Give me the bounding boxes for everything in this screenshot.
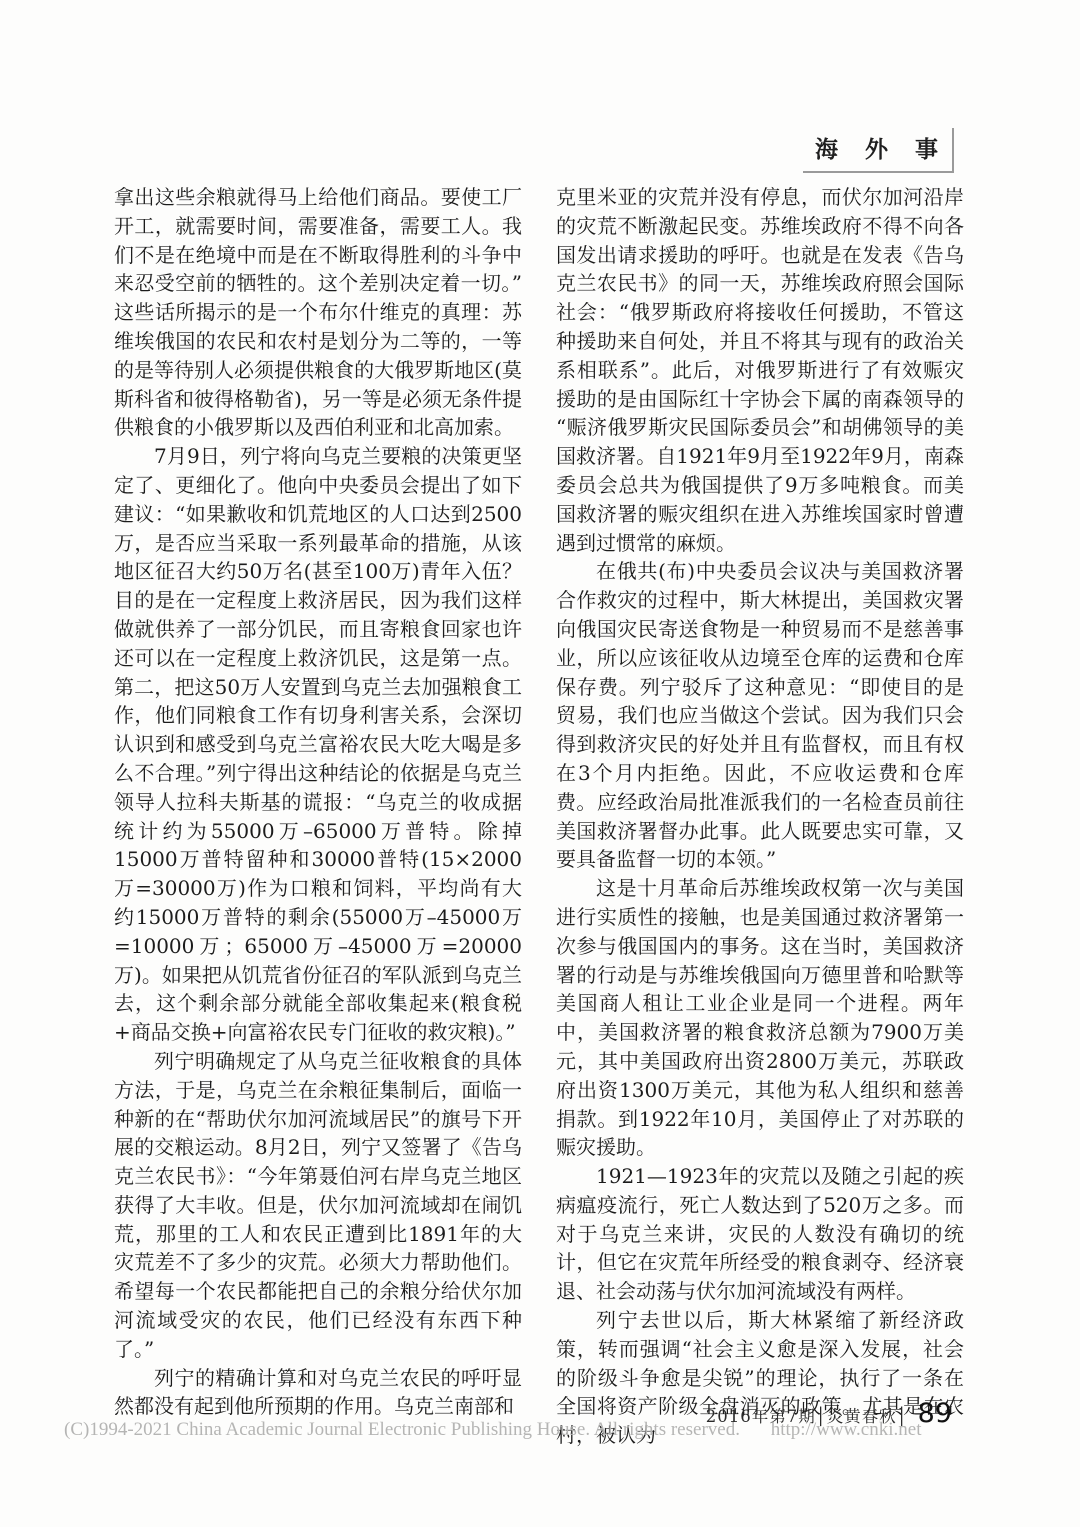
paragraph: 列宁的精确计算和对乌克兰农民的呼吁显然都没有起到他所预期的作用。乌克兰南部和 [114, 1364, 522, 1422]
article-body: 拿出这些余粮就得马上给他们商品。要使工厂开工，就需要时间，需要准备，需要工人。我… [114, 183, 964, 1450]
paragraph: 克里米亚的灾荒并没有停息，而伏尔加河沿岸的灾荒不断激起民变。苏维埃政府不得不向各… [556, 183, 964, 557]
section-title: 海 外 事 [803, 128, 954, 173]
journal-footer: 2016年第7期│炎黄春秋│ 89 [706, 1398, 952, 1429]
copyright-text: (C)1994-2021 China Academic Journal Elec… [64, 1419, 740, 1440]
right-column: 克里米亚的灾荒并没有停息，而伏尔加河沿岸的灾荒不断激起民变。苏维埃政府不得不向各… [556, 183, 964, 1450]
journal-issue-label: 2016年第7期│炎黄春秋│ [706, 1403, 908, 1427]
paragraph: 7月9日，列宁将向乌克兰要粮的决策更坚定了、更细化了。他向中央委员会提出了如下建… [114, 442, 522, 1047]
journal-page: 海 外 事 拿出这些余粮就得马上给他们商品。要使工厂开工，就需要时间，需要准备，… [0, 0, 1080, 1527]
paragraph: 这是十月革命后苏维埃政权第一次与美国进行实质性的接触，也是美国通过救济署第一次参… [556, 874, 964, 1162]
paragraph: 拿出这些余粮就得马上给他们商品。要使工厂开工，就需要时间，需要准备，需要工人。我… [114, 183, 522, 442]
left-column: 拿出这些余粮就得马上给他们商品。要使工厂开工，就需要时间，需要准备，需要工人。我… [114, 183, 522, 1450]
running-head: 海 外 事 [803, 128, 954, 173]
paragraph: 在俄共(布)中央委员会议决与美国救济署合作救灾的过程中，斯大林提出，美国救灾署向… [556, 557, 964, 874]
paragraph: 列宁明确规定了从乌克兰征收粮食的具体方法，于是，乌克兰在余粮征集制后，面临一种新… [114, 1047, 522, 1364]
page-number: 89 [918, 1398, 952, 1429]
paragraph: 1921—1923年的灾荒以及随之引起的疾病瘟疫流行，死亡人数达到了520万之多… [556, 1162, 964, 1306]
